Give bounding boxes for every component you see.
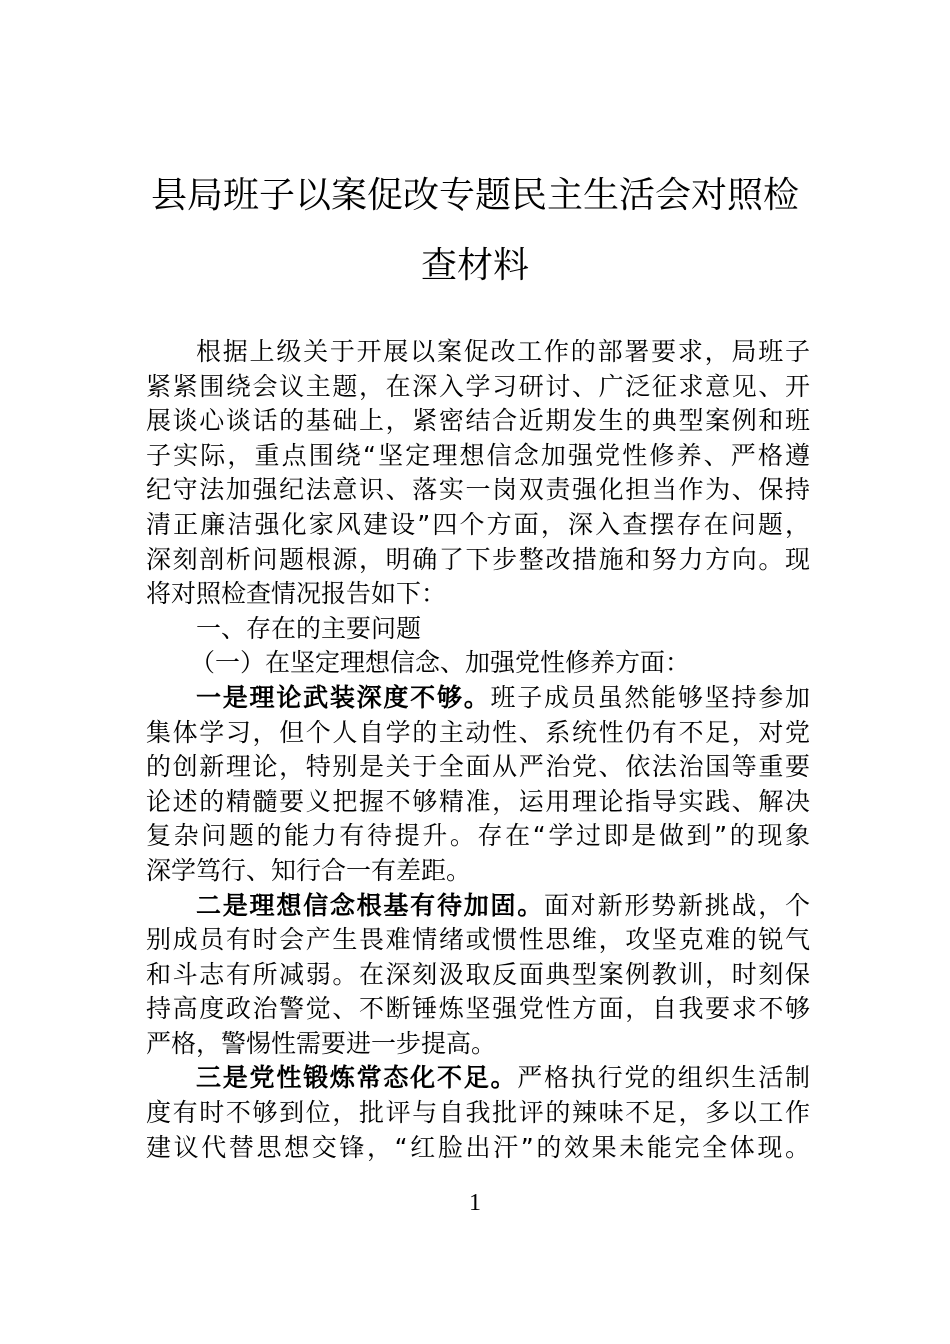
paragraph-point-1: 一是理论武装深度不够。班子成员虽然能够坚持参加 集体学习，但个人自学的主动性、系… xyxy=(146,681,810,889)
text-line: 和斗志有所减弱。在深刻汲取反面典型案例教训，时刻保 xyxy=(146,958,810,993)
text-line: 集体学习，但个人自学的主动性、系统性仍有不足，对党 xyxy=(146,716,810,751)
document-page: 县局班子以案促改专题民主生活会对照检 查材料 根据上级关于开展以案促改工作的部署… xyxy=(0,0,950,1344)
text-line: 三是党性锻炼常态化不足。严格执行党的组织生活制 xyxy=(146,1061,810,1096)
document-title-line-1: 县局班子以案促改专题民主生活会对照检 xyxy=(140,176,810,216)
section-heading: 一、存在的主要问题 xyxy=(146,612,810,647)
paragraph-point-2: 二是理想信念根基有待加固。面对新形势新挑战，个 别成员有时会产生畏难情绪或惯性思… xyxy=(146,889,810,1062)
text-line: 别成员有时会产生畏难情绪或惯性思维，攻坚克难的锐气 xyxy=(146,923,810,958)
document-title-line-2: 查材料 xyxy=(140,246,810,286)
point-text: 班子成员虽然能够坚持参加 xyxy=(491,683,811,712)
text-line: 的创新理论，特别是关于全面从严治党、依法治国等重要 xyxy=(146,750,810,785)
point-text: 严格执行党的组织生活制 xyxy=(517,1063,810,1092)
text-line: 深刻剖析问题根源，明确了下步整改措施和努力方向。现 xyxy=(146,543,810,578)
point-lead: 一是理论武装深度不够。 xyxy=(196,683,491,712)
text-line: 深学笃行、知行合一有差距。 xyxy=(146,854,810,889)
document-body: 根据上级关于开展以案促改工作的部署要求，局班子 紧紧围绕会议主题，在深入学习研讨… xyxy=(146,335,810,1165)
point-text: 面对新形势新挑战，个 xyxy=(544,891,810,920)
paragraph-intro: 根据上级关于开展以案促改工作的部署要求，局班子 紧紧围绕会议主题，在深入学习研讨… xyxy=(146,335,810,612)
text-line: 严格，警惕性需要进一步提高。 xyxy=(146,1027,810,1062)
text-line: 根据上级关于开展以案促改工作的部署要求，局班子 xyxy=(146,335,810,370)
text-line: 纪守法加强纪法意识、落实一岗双责强化担当作为、保持 xyxy=(146,473,810,508)
point-lead: 三是党性锻炼常态化不足。 xyxy=(196,1063,517,1092)
paragraph-point-3: 三是党性锻炼常态化不足。严格执行党的组织生活制 度有时不够到位，批评与自我批评的… xyxy=(146,1061,810,1165)
text-line: 一是理论武装深度不够。班子成员虽然能够坚持参加 xyxy=(146,681,810,716)
text-line: 二是理想信念根基有待加固。面对新形势新挑战，个 xyxy=(146,889,810,924)
text-line: 度有时不够到位，批评与自我批评的辣味不足，多以工作 xyxy=(146,1096,810,1131)
text-line: 紧紧围绕会议主题，在深入学习研讨、广泛征求意见、开 xyxy=(146,370,810,405)
text-line: 复杂问题的能力有待提升。存在“学过即是做到”的现象 xyxy=(146,819,810,854)
text-line: 子实际，重点围绕“坚定理想信念加强党性修养、严格遵 xyxy=(146,439,810,474)
text-line: 持高度政治警觉、不断锤炼坚强党性方面，自我要求不够 xyxy=(146,992,810,1027)
text-line: 将对照检查情况报告如下： xyxy=(146,577,810,612)
text-line: 论述的精髓要义把握不够精准，运用理论指导实践、解决 xyxy=(146,785,810,820)
subsection-heading: （一）在坚定理想信念、加强党性修养方面： xyxy=(146,646,810,681)
page-number: 1 xyxy=(0,1188,950,1218)
text-line: 建议代替思想交锋，“红脸出汗”的效果未能完全体现。 xyxy=(146,1131,810,1166)
point-lead: 二是理想信念根基有待加固。 xyxy=(196,891,544,920)
text-line: 清正廉洁强化家风建设”四个方面，深入查摆存在问题， xyxy=(146,508,810,543)
text-line: 展谈心谈话的基础上，紧密结合近期发生的典型案例和班 xyxy=(146,404,810,439)
